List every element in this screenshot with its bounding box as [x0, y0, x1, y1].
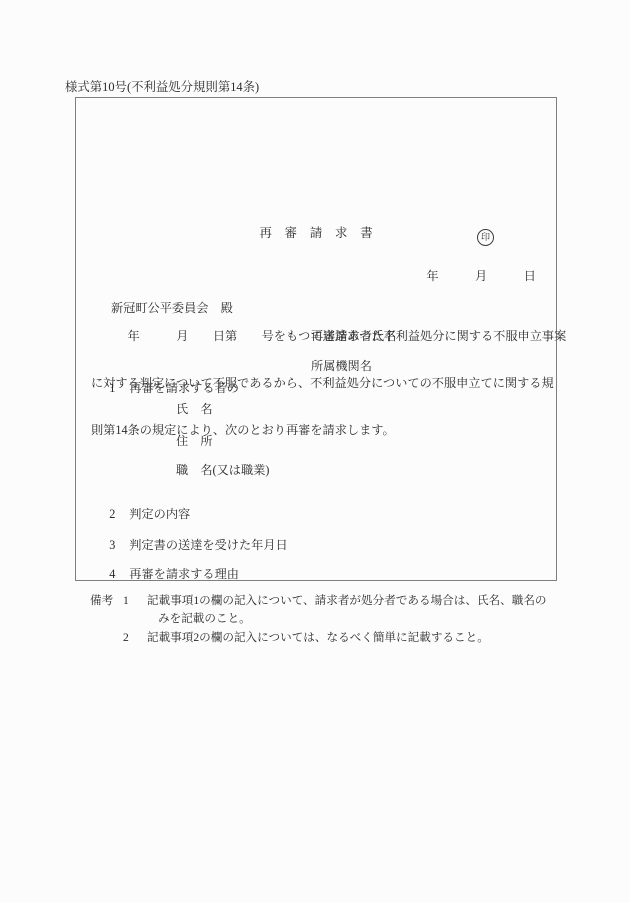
item-2-number: 2 — [109, 507, 129, 522]
remark-1-number: 1 — [123, 592, 147, 610]
remarks-label-spacer — [90, 629, 123, 647]
date-line: 年 月 日 — [426, 269, 536, 284]
remark-1-text: 記載事項1の欄の記入について、請求者が処分者である場合は、氏名、職名の みを記載… — [147, 592, 570, 628]
item-4-number: 4 — [109, 567, 129, 582]
item-2-text: 判定の内容 — [129, 507, 190, 521]
body-line-1: 年 月 日第 号をもつて送達あつた不利益処分に関する不服申立事案 — [91, 328, 556, 345]
form-number-label: 様式第10号(不利益処分規則第14条) — [65, 80, 259, 95]
field-address-label: 住 所 — [176, 434, 213, 449]
remark-1-line-2: みを記載のこと。 — [147, 610, 570, 628]
remark-2-number: 2 — [123, 629, 147, 647]
remark-2-text: 記載事項2の欄の記入については、なるべく簡単に記載すること。 — [147, 629, 570, 647]
body-line-3: 則第14条の規定により、次のとおり再審を請求します。 — [91, 422, 556, 439]
remark-1-line-1: 記載事項1の欄の記入について、請求者が処分者である場合は、氏名、職名の — [147, 592, 570, 610]
field-job-title-label: 職 名(又は職業) — [176, 463, 269, 478]
item-1: 1再審を請求する者の — [91, 366, 239, 411]
item-4-text: 再審を請求する理由 — [129, 567, 239, 581]
remark-2-line-1: 記載事項2の欄の記入については、なるべく簡単に記載すること。 — [147, 629, 570, 647]
seal-icon: 印 — [477, 229, 494, 246]
document-page: 様式第10号(不利益処分規則第14条) 再 審 請 求 書 年 月 日 新冠町公… — [0, 0, 630, 903]
remarks-label: 備考 — [90, 592, 123, 610]
remark-1: 備考 1 記載事項1の欄の記入について、請求者が処分者である場合は、氏名、職名の… — [90, 592, 570, 628]
item-3-number: 3 — [109, 538, 129, 553]
item-1-text: 再審を請求する者の — [129, 381, 239, 395]
item-1-number: 1 — [109, 381, 129, 396]
field-name-label: 氏 名 — [176, 402, 213, 417]
item-4: 4再審を請求する理由 — [91, 552, 239, 597]
remarks-section: 備考 1 記載事項1の欄の記入について、請求者が処分者である場合は、氏名、職名の… — [90, 592, 570, 647]
form-border-box: 再 審 請 求 書 年 月 日 新冠町公平委員会 殿 再審請求者氏名 印 所属機… — [75, 97, 557, 581]
item-3-text: 判定書の送達を受けた年月日 — [129, 538, 287, 552]
remark-2: 2 記載事項2の欄の記入については、なるべく簡単に記載すること。 — [90, 629, 570, 647]
